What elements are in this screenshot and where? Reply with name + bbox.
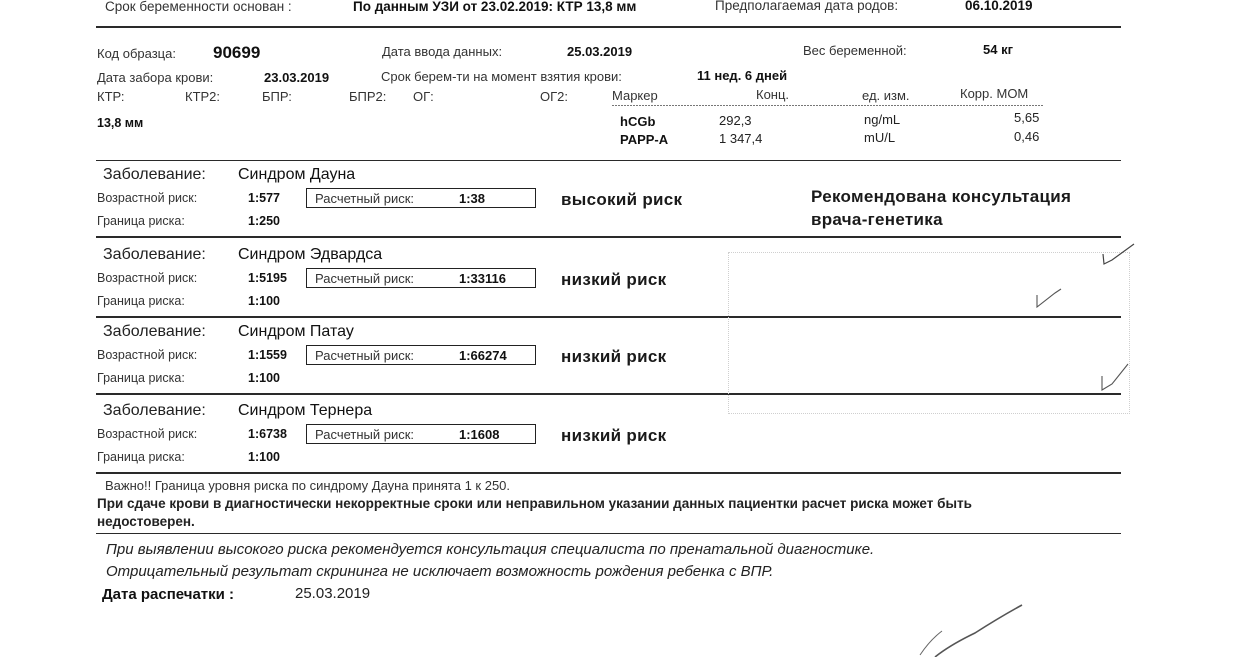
og-label: ОГ: <box>413 89 434 104</box>
marker-name: PAPP-A <box>620 132 668 147</box>
recommendation-line2: врача-генетика <box>811 210 943 230</box>
disease-divider <box>96 472 1121 474</box>
calc-risk-value: 1:1608 <box>459 427 499 442</box>
due-date-label: Предполагаемая дата родов: <box>715 0 898 13</box>
markers-header-conc: Конц. <box>756 87 789 102</box>
age-risk-value: 1:5195 <box>248 271 287 285</box>
calculated-risk-box: Расчетный риск: 1:33116 <box>306 268 536 288</box>
term-basis-label: Срок беременности основан : <box>105 0 292 14</box>
marker-conc: 292,3 <box>719 113 752 128</box>
bpr-label: БПР: <box>262 89 292 104</box>
signature <box>880 595 1040 657</box>
important-note: Важно!! Граница уровня риска по синдрому… <box>105 478 510 493</box>
term-basis-value: По данным УЗИ от 23.02.2019: КТР 13,8 мм <box>353 0 636 14</box>
cutoff-value: 1:100 <box>248 371 280 385</box>
weight-label: Вес беременной: <box>803 43 907 58</box>
blood-date-label: Дата забора крови: <box>97 70 213 85</box>
term-at-sampling-value: 11 нед. 6 дней <box>697 68 787 83</box>
calc-risk-label: Расчетный риск: <box>315 427 414 442</box>
calculated-risk-box: Расчетный риск: 1:38 <box>306 188 536 208</box>
disease-label: Заболевание: <box>103 402 206 420</box>
blood-date-value: 23.03.2019 <box>264 70 329 85</box>
markers-header-mom: Корр. МОМ <box>960 86 1028 101</box>
italic-note-1: При выявлении высокого риска рекомендует… <box>106 541 874 558</box>
disease-label: Заболевание: <box>103 166 206 184</box>
ktr-value: 13,8 мм <box>97 116 143 130</box>
check-mark-icon <box>1090 360 1140 400</box>
cutoff-label: Граница риска: <box>97 371 185 385</box>
italic-note-2: Отрицательный результат скрининга не иск… <box>106 563 773 580</box>
cutoff-value: 1:250 <box>248 214 280 228</box>
calculated-risk-box: Расчетный риск: 1:66274 <box>306 345 536 365</box>
cutoff-value: 1:100 <box>248 450 280 464</box>
markers-header-divider <box>612 105 1044 106</box>
disease-name: Синдром Эдвардса <box>238 246 382 264</box>
entry-date-label: Дата ввода данных: <box>382 44 502 59</box>
warning-line2: недостоверен. <box>97 514 195 529</box>
markers-header-marker: Маркер <box>612 88 658 103</box>
risk-verdict: низкий риск <box>561 270 666 290</box>
info-divider <box>96 160 1121 161</box>
weight-value: 54 кг <box>983 42 1013 57</box>
age-risk-label: Возрастной риск: <box>97 348 197 362</box>
disease-label: Заболевание: <box>103 246 206 264</box>
disease-label: Заболевание: <box>103 323 206 341</box>
calc-risk-label: Расчетный риск: <box>315 271 414 286</box>
due-date-value: 06.10.2019 <box>965 0 1033 13</box>
marker-conc: 1 347,4 <box>719 131 762 146</box>
term-at-sampling-label: Срок берем-ти на момент взятия крови: <box>381 69 622 84</box>
age-risk-label: Возрастной риск: <box>97 271 197 285</box>
marker-mom: 0,46 <box>1014 129 1039 144</box>
disease-divider <box>96 236 1121 238</box>
marker-unit: mU/L <box>864 130 895 145</box>
risk-verdict: низкий риск <box>561 426 666 446</box>
ktr2-label: КТР2: <box>185 89 220 104</box>
faded-stamp <box>728 252 1130 414</box>
header-divider <box>96 26 1121 28</box>
ktr-label: КТР: <box>97 89 125 104</box>
calc-risk-value: 1:66274 <box>459 348 507 363</box>
cutoff-label: Граница риска: <box>97 294 185 308</box>
sample-code-value: 90699 <box>213 43 260 63</box>
age-risk-value: 1:6738 <box>248 427 287 441</box>
disease-name: Синдром Дауна <box>238 166 355 184</box>
disease-name: Синдром Тернера <box>238 402 372 420</box>
marker-mom: 5,65 <box>1014 110 1039 125</box>
risk-verdict: высокий риск <box>561 190 682 210</box>
sample-code-label: Код образца: <box>97 46 176 61</box>
calc-risk-label: Расчетный риск: <box>315 191 414 206</box>
calc-risk-label: Расчетный риск: <box>315 348 414 363</box>
check-mark-icon <box>1025 285 1075 315</box>
cutoff-value: 1:100 <box>248 294 280 308</box>
entry-date-value: 25.03.2019 <box>567 44 632 59</box>
age-risk-label: Возрастной риск: <box>97 191 197 205</box>
og2-label: ОГ2: <box>540 89 568 104</box>
age-risk-value: 1:1559 <box>248 348 287 362</box>
cutoff-label: Граница риска: <box>97 214 185 228</box>
recommendation-line1: Рекомендована консультация <box>811 187 1071 207</box>
markers-header-unit: ед. изм. <box>862 88 910 103</box>
marker-unit: ng/mL <box>864 112 900 127</box>
notes-divider <box>96 533 1121 534</box>
bpr2-label: БПР2: <box>349 89 386 104</box>
disease-name: Синдром Патау <box>238 323 354 341</box>
check-mark-icon <box>1090 240 1140 280</box>
age-risk-label: Возрастной риск: <box>97 427 197 441</box>
cutoff-label: Граница риска: <box>97 450 185 464</box>
risk-verdict: низкий риск <box>561 347 666 367</box>
print-date-label: Дата распечатки : <box>102 586 234 603</box>
calc-risk-value: 1:33116 <box>459 271 506 286</box>
print-date-value: 25.03.2019 <box>295 585 370 602</box>
age-risk-value: 1:577 <box>248 191 280 205</box>
marker-name: hCGb <box>620 114 655 129</box>
calculated-risk-box: Расчетный риск: 1:1608 <box>306 424 536 444</box>
warning-line1: При сдаче крови в диагностически некорре… <box>97 496 972 511</box>
calc-risk-value: 1:38 <box>459 191 485 206</box>
